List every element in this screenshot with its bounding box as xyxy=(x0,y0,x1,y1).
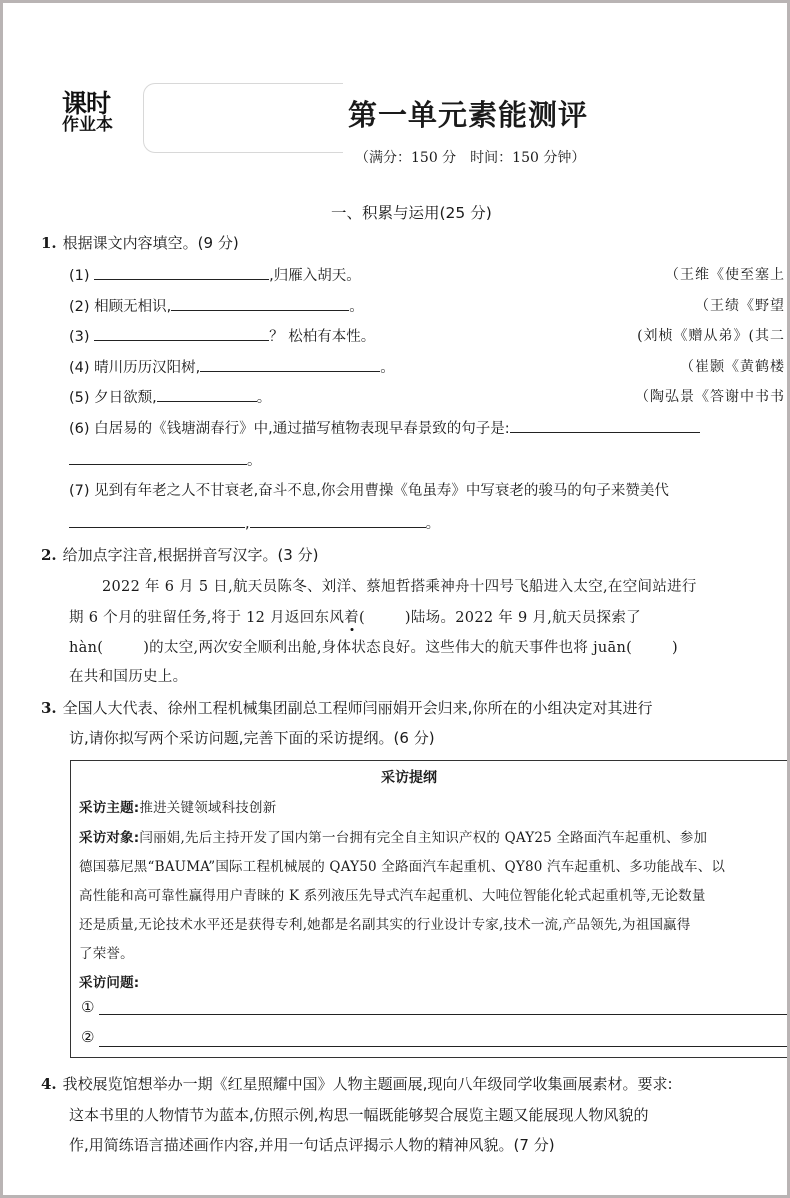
outline-subject-line-5: 了荣誉。 xyxy=(79,942,134,962)
question-3-prompt: 3.全国人大代表、徐州工程机械集团副总工程师闫丽娟开会归来,你所在的小组决定对其… xyxy=(41,697,652,718)
outline-title: 采访提纲 xyxy=(381,767,437,787)
question-marker-1: ① xyxy=(81,998,94,1016)
question-marker-2: ② xyxy=(81,1028,94,1046)
outline-subject-line-3: 高性能和高可靠性赢得用户青睐的 K 系列液压先导式汽车起重机、大吨位智能化轮式起… xyxy=(79,884,706,904)
q2-passage-line-4: 在共和国历史上。 xyxy=(69,665,187,686)
q1-item-5-source: （陶弘景《答谢中书书 xyxy=(635,386,785,406)
fill-blank[interactable] xyxy=(94,268,269,280)
outline-subject-line-2: 德国慕尼黑“BAUMA”国际工程机械展的 QAY50 全路面汽车起重机、QY80… xyxy=(79,855,725,875)
question-4-line-2: 这本书里的人物情节为蓝本,仿照示例,构思一幅既能够契合展览主题又能展现人物风貌的 xyxy=(69,1104,649,1125)
q1-item-2-source: （王绩《野望 xyxy=(695,295,785,315)
brand-line1: 课时 xyxy=(62,89,110,118)
fill-blank[interactable] xyxy=(510,421,700,433)
section-heading: 一、积累与运用(25 分) xyxy=(331,201,492,223)
brand-line2: 作业本 xyxy=(62,117,113,134)
q1-item-6-continuation: 。 xyxy=(69,449,262,470)
fill-blank[interactable] xyxy=(69,453,247,465)
q1-item-7-answer: ,。 xyxy=(69,512,440,533)
question-4-line-3: 作,用简练语言描述画作内容,并用一句话点评揭示人物的精神风貌。(7 分) xyxy=(69,1134,555,1155)
outline-subject-line-4: 还是质量,无论技术水平还是获得专利,她都是名副其实的行业设计专家,技术一流,产品… xyxy=(79,913,691,933)
q1-item-2: (2) 相顾无相识,。 xyxy=(69,295,364,316)
outline-questions-label: 采访问题: xyxy=(79,971,139,991)
q1-item-5: (5) 夕日欲颓,。 xyxy=(69,386,271,407)
q1-item-4: (4) 晴川历历汉阳树,。 xyxy=(69,356,395,377)
q1-item-3: (3) ？ 松柏有本性。 xyxy=(69,325,375,346)
question-2-prompt: 2.给加点字注音,根据拼音写汉字。(3 分) xyxy=(41,544,318,565)
question-3-prompt-cont: 访,请你拟写两个采访问题,完善下面的采访提纲。(6 分) xyxy=(69,727,435,748)
fill-blank[interactable] xyxy=(250,516,426,528)
question-4-prompt: 4.我校展览馆想举办一期《红星照耀中国》人物主题画展,现向八年级同学收集画展素材… xyxy=(41,1073,673,1094)
fill-blank[interactable] xyxy=(171,299,349,311)
q1-item-4-source: （崔颢《黄鹤楼 xyxy=(680,356,785,376)
outline-topic: 采访主题:推进关键领域科技创新 xyxy=(79,796,276,816)
page-title: 第一单元素能测评 xyxy=(348,93,588,134)
q2-passage-line-2: 期 6 个月的驻留任务,将于 12 月返回东风着()陆场。2022 年 9 月,… xyxy=(69,606,641,627)
q2-passage-line-3: hàn()的太空,两次安全顺利出舱,身体状态良好。这些伟大的航天事件也将 juā… xyxy=(69,636,678,657)
q1-item-3-source: (刘桢《赠从弟》(其二 xyxy=(637,325,785,345)
q1-item-1-source: （王维《使至塞上 xyxy=(665,264,785,284)
answer-line-2[interactable] xyxy=(99,1046,787,1047)
q1-item-6: (6) 白居易的《钱塘湖春行》中,通过描写植物表现早春景致的句子是: xyxy=(69,417,700,438)
q1-item-1: (1) ,归雁入胡天。 xyxy=(69,264,361,285)
q2-passage-line-1: 2022 年 6 月 5 日,航天员陈冬、刘洋、蔡旭哲搭乘神舟十四号飞船进入太空… xyxy=(102,575,697,596)
brand-logo: 课时 作业本 xyxy=(62,91,113,134)
outline-subject-line-1: 采访对象:闫丽娟,先后主持开发了国内第一台拥有完全自主知识产权的 QAY25 全… xyxy=(79,826,707,846)
score-time-info: （满分：150 分 时间：150 分钟） xyxy=(355,147,585,167)
fill-blank[interactable] xyxy=(200,360,380,372)
emphasized-character: 着 xyxy=(344,610,359,626)
header-tab-frame xyxy=(143,83,343,153)
answer-line-1[interactable] xyxy=(99,1014,787,1015)
q1-item-7: (7) 见到有年老之人不甘衰老,奋斗不息,你会用曹操《龟虽寿》中写衰老的骏马的句… xyxy=(69,479,669,500)
fill-blank[interactable] xyxy=(69,516,245,528)
worksheet-page: 课时 作业本 第一单元素能测评 （满分：150 分 时间：150 分钟） 一、积… xyxy=(3,3,787,1195)
fill-blank[interactable] xyxy=(94,329,269,341)
fill-blank[interactable] xyxy=(157,390,257,402)
question-1-prompt: 1.根据课文内容填空。(9 分) xyxy=(41,232,239,253)
